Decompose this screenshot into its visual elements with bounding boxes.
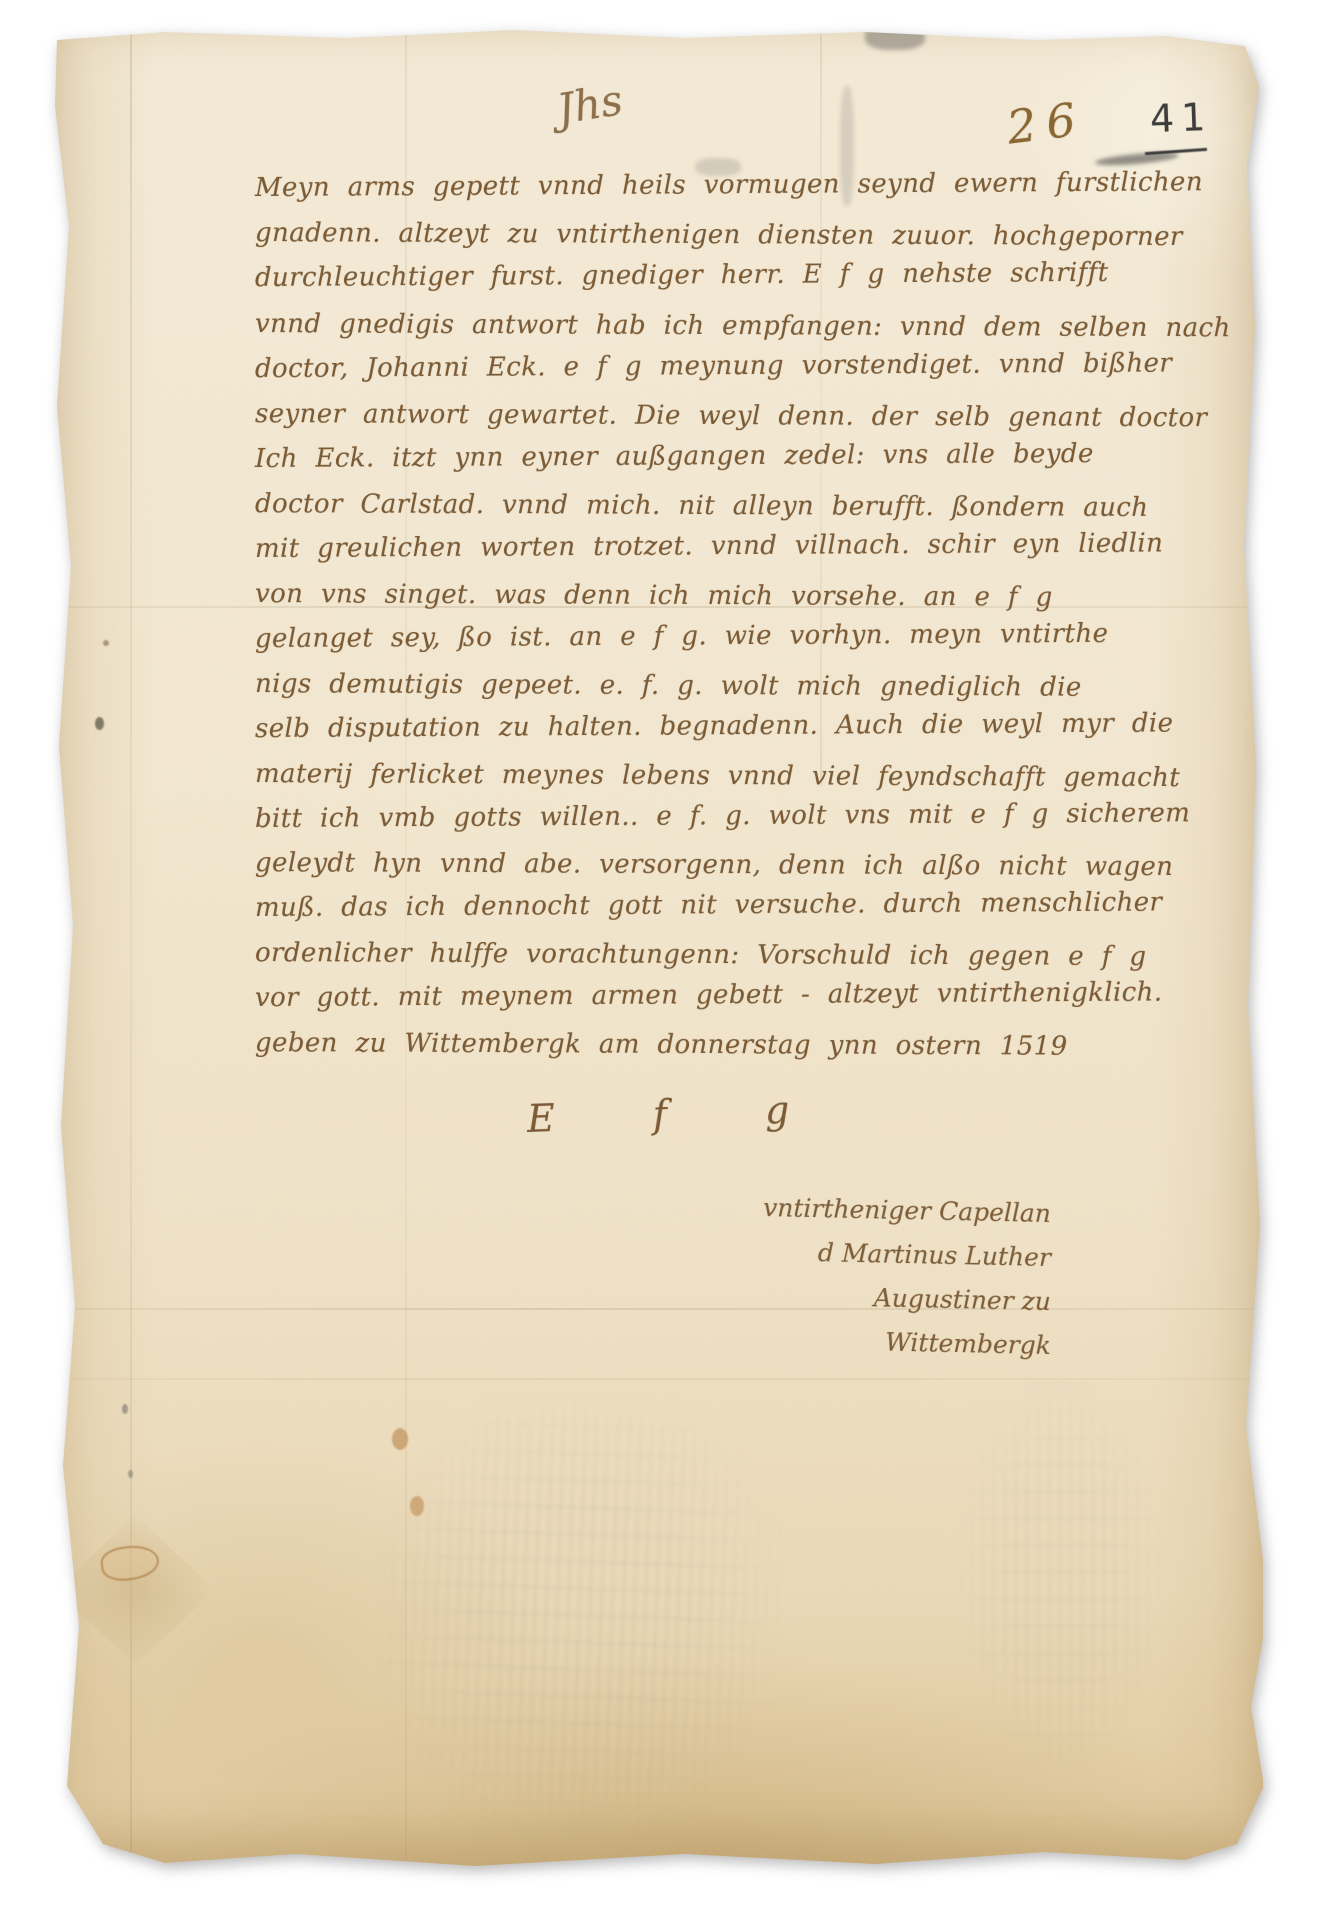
dark-speck: [103, 640, 109, 646]
signature-block: vntirtheniger Capellan d Martinus Luther…: [763, 1196, 1051, 1372]
paper-sheet: Jhs 26 41 Meyn arms gepett vnnd heils vo…: [45, 26, 1263, 1866]
signature-line: Augustiner zu: [763, 1281, 1052, 1331]
dark-speck: [128, 1470, 133, 1478]
folio-number-ink: 26: [1004, 91, 1089, 154]
manuscript-line: muß. das ich dennocht gott nit versuche.…: [255, 887, 1163, 933]
manuscript-line: Ich Eck. itzt ynn eyner außgangen zedel:…: [255, 439, 1094, 484]
water-stain-diamond: [55, 1515, 215, 1665]
show-through-text-main: [372, 1383, 787, 1847]
manuscript-line: mit greulichen worten trotzet. vnnd vill…: [255, 528, 1163, 574]
invocation-monogram: Jhs: [554, 75, 626, 134]
pencil-smudge: [1095, 150, 1180, 167]
valediction-initials: E f g: [526, 1087, 812, 1141]
manuscript-line: materij ferlicket meynes lebens vnnd vie…: [255, 759, 1180, 803]
fold-crease-horizontal-lower: [45, 1308, 1263, 1310]
folio-number-pencil: 41: [1149, 95, 1213, 141]
signature-line: Wittembergk: [763, 1325, 1052, 1375]
ink-speck: [410, 1496, 424, 1516]
manuscript-line: selb disputation zu halten. begnadenn. A…: [255, 708, 1174, 754]
ink-speck: [392, 1428, 408, 1450]
manuscript-line: gnadenn. altzeyt zu vntirthenigen dienst…: [255, 218, 1183, 262]
manuscript-line: bitt ich vmb gotts willen.. e f. g. wolt…: [255, 798, 1191, 844]
manuscript-page: Jhs 26 41 Meyn arms gepett vnnd heils vo…: [45, 26, 1263, 1866]
manuscript-line: geben zu Wittembergk am donnerstag ynn o…: [255, 1028, 1068, 1072]
gray-smudge: [865, 24, 925, 50]
manuscript-line: vnnd gnedigis antwort hab ich empfangen:…: [255, 309, 1231, 353]
manuscript-line: geleydt hyn vnnd abe. versorgenn, denn i…: [255, 848, 1174, 892]
manuscript-line: Meyn arms gepett vnnd heils vormugen sey…: [255, 167, 1203, 213]
show-through-text-column: [960, 1380, 1160, 1770]
dark-speck: [122, 1404, 128, 1414]
manuscript-line: von vns singet. was denn ich mich vorseh…: [255, 579, 1053, 622]
manuscript-line: vor gott. mit meynem armen gebett - altz…: [255, 977, 1163, 1023]
manuscript-line: durchleuchtiger furst. gnediger herr. E …: [255, 258, 1109, 303]
signature-line: d Martinus Luther: [763, 1237, 1052, 1287]
manuscript-line: doctor, Johanni Eck. e f g meynung vorst…: [255, 348, 1172, 394]
manuscript-line: nigs demutigis gepeet. e. f. g. wolt mic…: [255, 669, 1082, 713]
signature-line: vntirtheniger Capellan: [763, 1193, 1052, 1243]
dark-speck: [95, 717, 104, 730]
manuscript-line: doctor Carlstad. vnnd mich. nit alleyn b…: [255, 489, 1149, 533]
manuscript-line: ordenlicher hulffe vorachtungenn: Vorsch…: [255, 938, 1147, 982]
manuscript-line: seyner antwort gewartet. Die weyl denn. …: [255, 399, 1208, 443]
manuscript-line: gelanget sey, ßo ist. an e f g. wie vorh…: [255, 619, 1109, 664]
